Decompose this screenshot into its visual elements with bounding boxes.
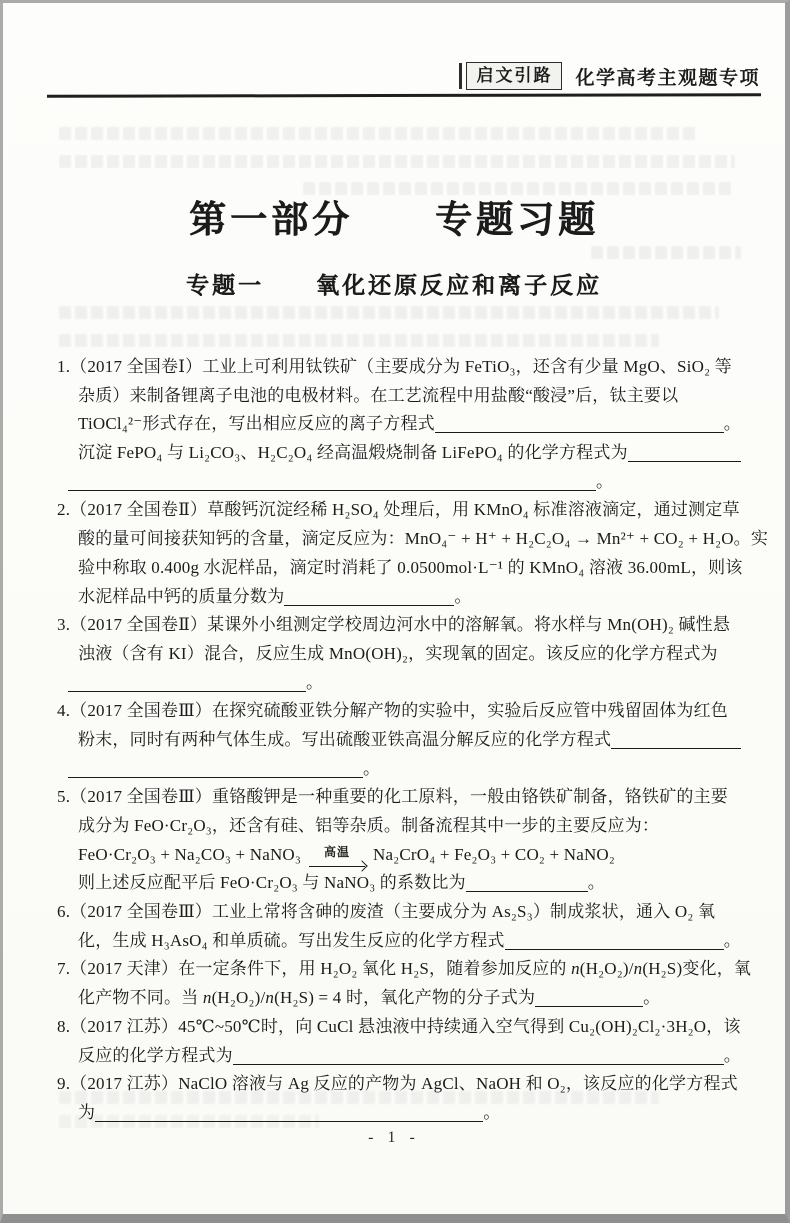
page-number: - 1 - [3, 1129, 785, 1147]
question-item: 2.（2017 全国卷Ⅱ）草酸钙沉淀经稀 H₂SO₄ 处理后，用 KMnO₄ 标… [57, 496, 741, 611]
question-text: 反应的化学方程式为 [78, 1042, 233, 1071]
question-text: 为 [78, 1099, 95, 1128]
answer-blank [466, 891, 588, 892]
question-text: 。 [483, 1099, 500, 1128]
answer-blank [68, 777, 363, 778]
question-line: 沉淀 FePO₄ 与 Li₂CO₃、H₂C₂O₄ 经高温煅烧制备 LiFePO₄… [57, 439, 741, 468]
question-line: 5.（2017 全国卷Ⅲ）重铬酸钾是一种重要的化工原料，一般由铬铁矿制备，铬铁矿… [57, 783, 741, 812]
question-text: 水泥样品中钙的质量分数为 [78, 583, 284, 612]
question-text: 2.（2017 全国卷Ⅱ）草酸钙沉淀经稀 H₂SO₄ 处理后，用 KMnO₄ 标… [57, 496, 740, 525]
question-item: 3.（2017 全国卷Ⅱ）某课外小组测定学校周边河水中的溶解氧。将水样与 Mn(… [57, 611, 741, 697]
question-text: 3.（2017 全国卷Ⅱ）某课外小组测定学校周边河水中的溶解氧。将水样与 Mn(… [57, 611, 730, 640]
question-line: 杂质）来制备锂离子电池的电极材料。在工艺流程中用盐酸“酸浸”后，钛主要以 [57, 382, 741, 411]
question-item: 9.（2017 江苏）NaClO 溶液与 Ag 反应的产物为 AgCl、NaOH… [57, 1070, 741, 1127]
question-text: (H₂S) = 4 时，氧化产物的分子式为 [274, 984, 535, 1013]
question-item: 4.（2017 全国卷Ⅲ）在探究硫酸亚铁分解产物的实验中，实验后反应管中残留固体… [57, 697, 741, 783]
question-line: 7.（2017 天津）在一定条件下，用 H₂O₂ 氧化 H₂S，随着参加反应的 … [57, 955, 741, 984]
answer-blank [435, 432, 724, 433]
question-line: 酸的量可间接获知钙的含量，滴定反应为：MnO₄⁻ + H⁺ + H₂C₂O₄ →… [57, 525, 741, 554]
reaction-condition-arrow: 高温 [309, 846, 365, 867]
scanned-page: 启文引路 化学高考主观题专项 第一部分 专题习题 专题一 氧化还原反应和离子反应… [0, 0, 790, 1223]
question-text: 。 [306, 669, 323, 698]
question-text: 。 [724, 410, 741, 439]
question-item: 7.（2017 天津）在一定条件下，用 H₂O₂ 氧化 H₂S，随着参加反应的 … [57, 955, 741, 1012]
question-line: FeO·Cr₂O₃ + Na₂CO₃ + NaNO₃高温Na₂CrO₄ + Fe… [57, 841, 741, 870]
book-title: 化学高考主观题专项 [575, 63, 760, 90]
page-header: 启文引路 化学高考主观题专项 [459, 59, 760, 93]
question-text: n [203, 984, 212, 1013]
series-badge: 启文引路 [466, 62, 562, 90]
question-line: 浊液（含有 KI）混合，反应生成 MnO(OH)₂，实现氧的固定。该反应的化学方… [57, 640, 741, 669]
question-text: n [571, 955, 580, 984]
answer-blank [505, 949, 724, 950]
answer-blank [233, 1064, 724, 1065]
question-line: 3.（2017 全国卷Ⅱ）某课外小组测定学校周边河水中的溶解氧。将水样与 Mn(… [57, 611, 741, 640]
answer-blank [68, 691, 306, 692]
answer-blank [95, 1121, 483, 1122]
question-line: 1.（2017 全国卷Ⅰ）工业上可利用钛铁矿（主要成分为 FeTiO₃，还含有少… [57, 353, 741, 382]
question-text: 化，生成 H₃AsO₄ 和单质硫。写出发生反应的化学方程式 [78, 927, 505, 956]
question-text: 杂质）来制备锂离子电池的电极材料。在工艺流程中用盐酸“酸浸”后，钛主要以 [78, 382, 678, 411]
question-item: 5.（2017 全国卷Ⅲ）重铬酸钾是一种重要的化工原料，一般由铬铁矿制备，铬铁矿… [57, 783, 741, 898]
question-text: n [634, 955, 643, 984]
answer-blank [68, 490, 596, 491]
question-text: 成分为 FeO·Cr₂O₃，还含有硅、铝等杂质。制备流程其中一步的主要反应为： [78, 812, 659, 841]
answer-blank [628, 461, 741, 462]
question-item: 6.（2017 全国卷Ⅲ）工业上常将含砷的废渣（主要成分为 As₂S₃）制成浆状… [57, 898, 741, 955]
question-text: 。 [596, 468, 613, 497]
question-text: 。 [588, 869, 605, 898]
question-text: 5.（2017 全国卷Ⅲ）重铬酸钾是一种重要的化工原料，一般由铬铁矿制备，铬铁矿… [57, 783, 728, 812]
question-item: 8.（2017 江苏）45℃~50℃时，向 CuCl 悬浊液中持续通入空气得到 … [57, 1013, 741, 1070]
question-line: 6.（2017 全国卷Ⅲ）工业上常将含砷的废渣（主要成分为 As₂S₃）制成浆状… [57, 898, 741, 927]
question-text: 8.（2017 江苏）45℃~50℃时，向 CuCl 悬浊液中持续通入空气得到 … [57, 1013, 741, 1042]
question-line: 化产物不同。当 n(H₂O₂)/n(H₂S) = 4 时，氧化产物的分子式为。 [57, 984, 741, 1013]
question-text: 浊液（含有 KI）混合，反应生成 MnO(OH)₂，实现氧的固定。该反应的化学方… [78, 640, 718, 669]
question-text: (H₂S)变化，氧 [642, 955, 751, 984]
badge-left-bar [459, 63, 462, 89]
question-text: Na₂CrO₄ + Fe₂O₃ + CO₂ + NaNO₂ [373, 841, 615, 870]
question-text: 则上述反应配平后 FeO·Cr₂O₃ 与 NaNO₃ 的系数比为 [78, 869, 466, 898]
question-text: 。 [363, 755, 380, 784]
topic-title: 专题一 氧化还原反应和离子反应 [3, 267, 785, 300]
question-line: 反应的化学方程式为。 [57, 1042, 741, 1071]
answer-blank [535, 1006, 643, 1007]
question-text: 。 [724, 927, 741, 956]
question-line: TiOCl₄²⁻形式存在，写出相应反应的离子方程式。 [57, 410, 741, 439]
question-text: 1.（2017 全国卷Ⅰ）工业上可利用钛铁矿（主要成分为 FeTiO₃，还含有少… [57, 353, 732, 382]
question-line: 则上述反应配平后 FeO·Cr₂O₃ 与 NaNO₃ 的系数比为。 [57, 869, 741, 898]
question-line: 粉末，同时有两种气体生成。写出硫酸亚铁高温分解反应的化学方程式 [57, 726, 741, 755]
question-text: 6.（2017 全国卷Ⅲ）工业上常将含砷的废渣（主要成分为 As₂S₃）制成浆状… [57, 898, 715, 927]
question-text: TiOCl₄²⁻形式存在，写出相应反应的离子方程式 [78, 410, 435, 439]
question-line: 成分为 FeO·Cr₂O₃，还含有硅、铝等杂质。制备流程其中一步的主要反应为： [57, 812, 741, 841]
question-line: 4.（2017 全国卷Ⅲ）在探究硫酸亚铁分解产物的实验中，实验后反应管中残留固体… [57, 697, 741, 726]
answer-blank [611, 748, 741, 749]
question-text: 4.（2017 全国卷Ⅲ）在探究硫酸亚铁分解产物的实验中，实验后反应管中残留固体… [57, 697, 728, 726]
bleedthrough-artifact [591, 246, 741, 259]
question-line: 验中称取 0.400g 水泥样品，滴定时消耗了 0.0500mol·L⁻¹ 的 … [57, 554, 741, 583]
question-line: 为。 [57, 1099, 741, 1128]
question-item: 1.（2017 全国卷Ⅰ）工业上可利用钛铁矿（主要成分为 FeTiO₃，还含有少… [57, 353, 741, 496]
question-text: 化产物不同。当 [78, 984, 203, 1013]
question-text: 9.（2017 江苏）NaClO 溶液与 Ag 反应的产物为 AgCl、NaOH… [57, 1070, 738, 1099]
question-line: 。 [57, 755, 741, 784]
bleedthrough-artifact [59, 155, 735, 168]
question-line: 化，生成 H₃AsO₄ 和单质硫。写出发生反应的化学方程式。 [57, 927, 741, 956]
bleedthrough-artifact [59, 306, 719, 319]
question-text: 沉淀 FePO₄ 与 Li₂CO₃、H₂C₂O₄ 经高温煅烧制备 LiFePO₄… [78, 439, 628, 468]
header-rule [47, 93, 761, 97]
question-line: 。 [57, 468, 741, 497]
question-text: FeO·Cr₂O₃ + Na₂CO₃ + NaNO₃ [78, 841, 301, 870]
question-text: (H₂O₂)/ [580, 955, 634, 984]
question-text: 7.（2017 天津）在一定条件下，用 H₂O₂ 氧化 H₂S，随着参加反应的 [57, 955, 571, 984]
question-text: 酸的量可间接获知钙的含量，滴定反应为：MnO₄⁻ + H⁺ + H₂C₂O₄ →… [78, 525, 768, 554]
question-text: 。 [454, 583, 471, 612]
question-text: (H₂O₂)/ [212, 984, 266, 1013]
question-line: 水泥样品中钙的质量分数为。 [57, 583, 741, 612]
question-line: 9.（2017 江苏）NaClO 溶液与 Ag 反应的产物为 AgCl、NaOH… [57, 1070, 741, 1099]
question-line: 2.（2017 全国卷Ⅱ）草酸钙沉淀经稀 H₂SO₄ 处理后，用 KMnO₄ 标… [57, 496, 741, 525]
bleedthrough-artifact [59, 334, 659, 347]
reaction-condition-label: 高温 [324, 846, 350, 859]
question-line: 。 [57, 669, 741, 698]
question-line: 8.（2017 江苏）45℃~50℃时，向 CuCl 悬浊液中持续通入空气得到 … [57, 1013, 741, 1042]
answer-blank [284, 605, 454, 606]
part-title: 第一部分 专题习题 [3, 189, 785, 243]
bleedthrough-artifact [59, 127, 699, 140]
arrow-icon [309, 859, 365, 867]
question-text: 。 [724, 1042, 741, 1071]
question-text: 粉末，同时有两种气体生成。写出硫酸亚铁高温分解反应的化学方程式 [78, 726, 611, 755]
question-text: n [265, 984, 274, 1013]
questions-list: 1.（2017 全国卷Ⅰ）工业上可利用钛铁矿（主要成分为 FeTiO₃，还含有少… [57, 353, 741, 1128]
question-text: 验中称取 0.400g 水泥样品，滴定时消耗了 0.0500mol·L⁻¹ 的 … [78, 554, 743, 583]
question-text: 。 [643, 984, 660, 1013]
